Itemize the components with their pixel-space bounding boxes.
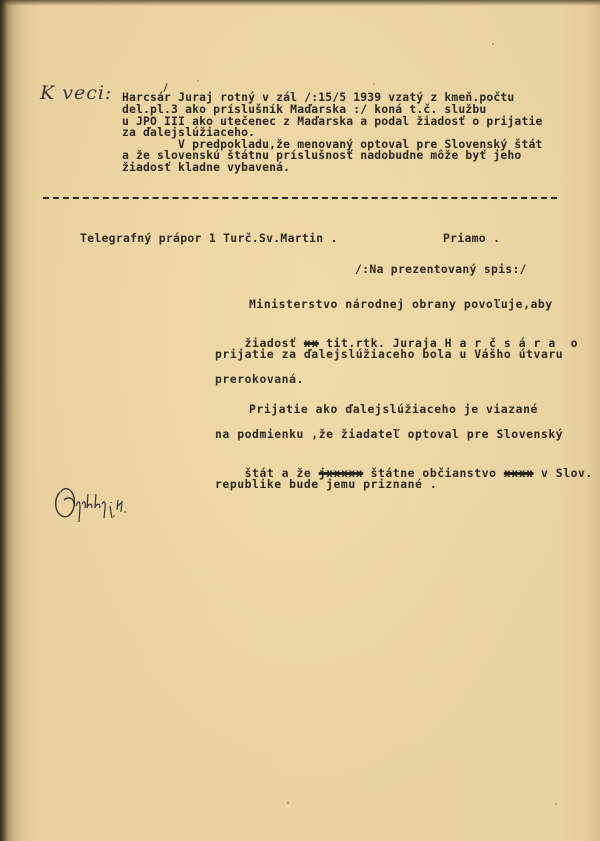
body-p2-line-4: republike bude jemu priznané . bbox=[215, 477, 437, 491]
scan-left-edge bbox=[0, 0, 8, 841]
signature-scrawl-icon bbox=[52, 478, 152, 528]
body-p1-line-3: prijatie za ďalejslúžiaceho bola u Vášho… bbox=[215, 347, 563, 361]
paper-speck bbox=[197, 80, 199, 82]
section-separator bbox=[43, 197, 557, 199]
paper-speck bbox=[555, 803, 557, 805]
signature bbox=[52, 478, 152, 528]
text-segment: v Slov. bbox=[534, 466, 593, 480]
paper-speck bbox=[492, 43, 494, 45]
header-line: žiadosť kladne vybavená. bbox=[122, 162, 290, 174]
paper-speck bbox=[287, 802, 289, 804]
document-page: K veci: Harcsár Juraj rotný v zál /:15/5… bbox=[0, 0, 600, 841]
body-p2-line-2: na podmienku ,že žiadateľ optoval pre Sl… bbox=[215, 427, 563, 441]
reference-note: /:Na prezentovaný spis:/ bbox=[355, 262, 527, 276]
struck-out-text: xxxx bbox=[504, 466, 534, 480]
margin-note: K veci: bbox=[40, 82, 112, 104]
body-p1-line-1: Ministerstvo národnej obrany povoľuje,ab… bbox=[249, 297, 553, 311]
body-p2-line-1: Prijatie ako ďalejslúžiaceho je viazané bbox=[249, 402, 538, 416]
body-p1-line-4: prerokovaná. bbox=[215, 372, 304, 386]
addressee: Telegrafný prápor 1 Turč.Sv.Martin . bbox=[80, 231, 338, 245]
paper-speck bbox=[373, 83, 375, 85]
delivery-method: Priamo . bbox=[443, 231, 500, 245]
scan-top-shadow bbox=[0, 0, 600, 6]
